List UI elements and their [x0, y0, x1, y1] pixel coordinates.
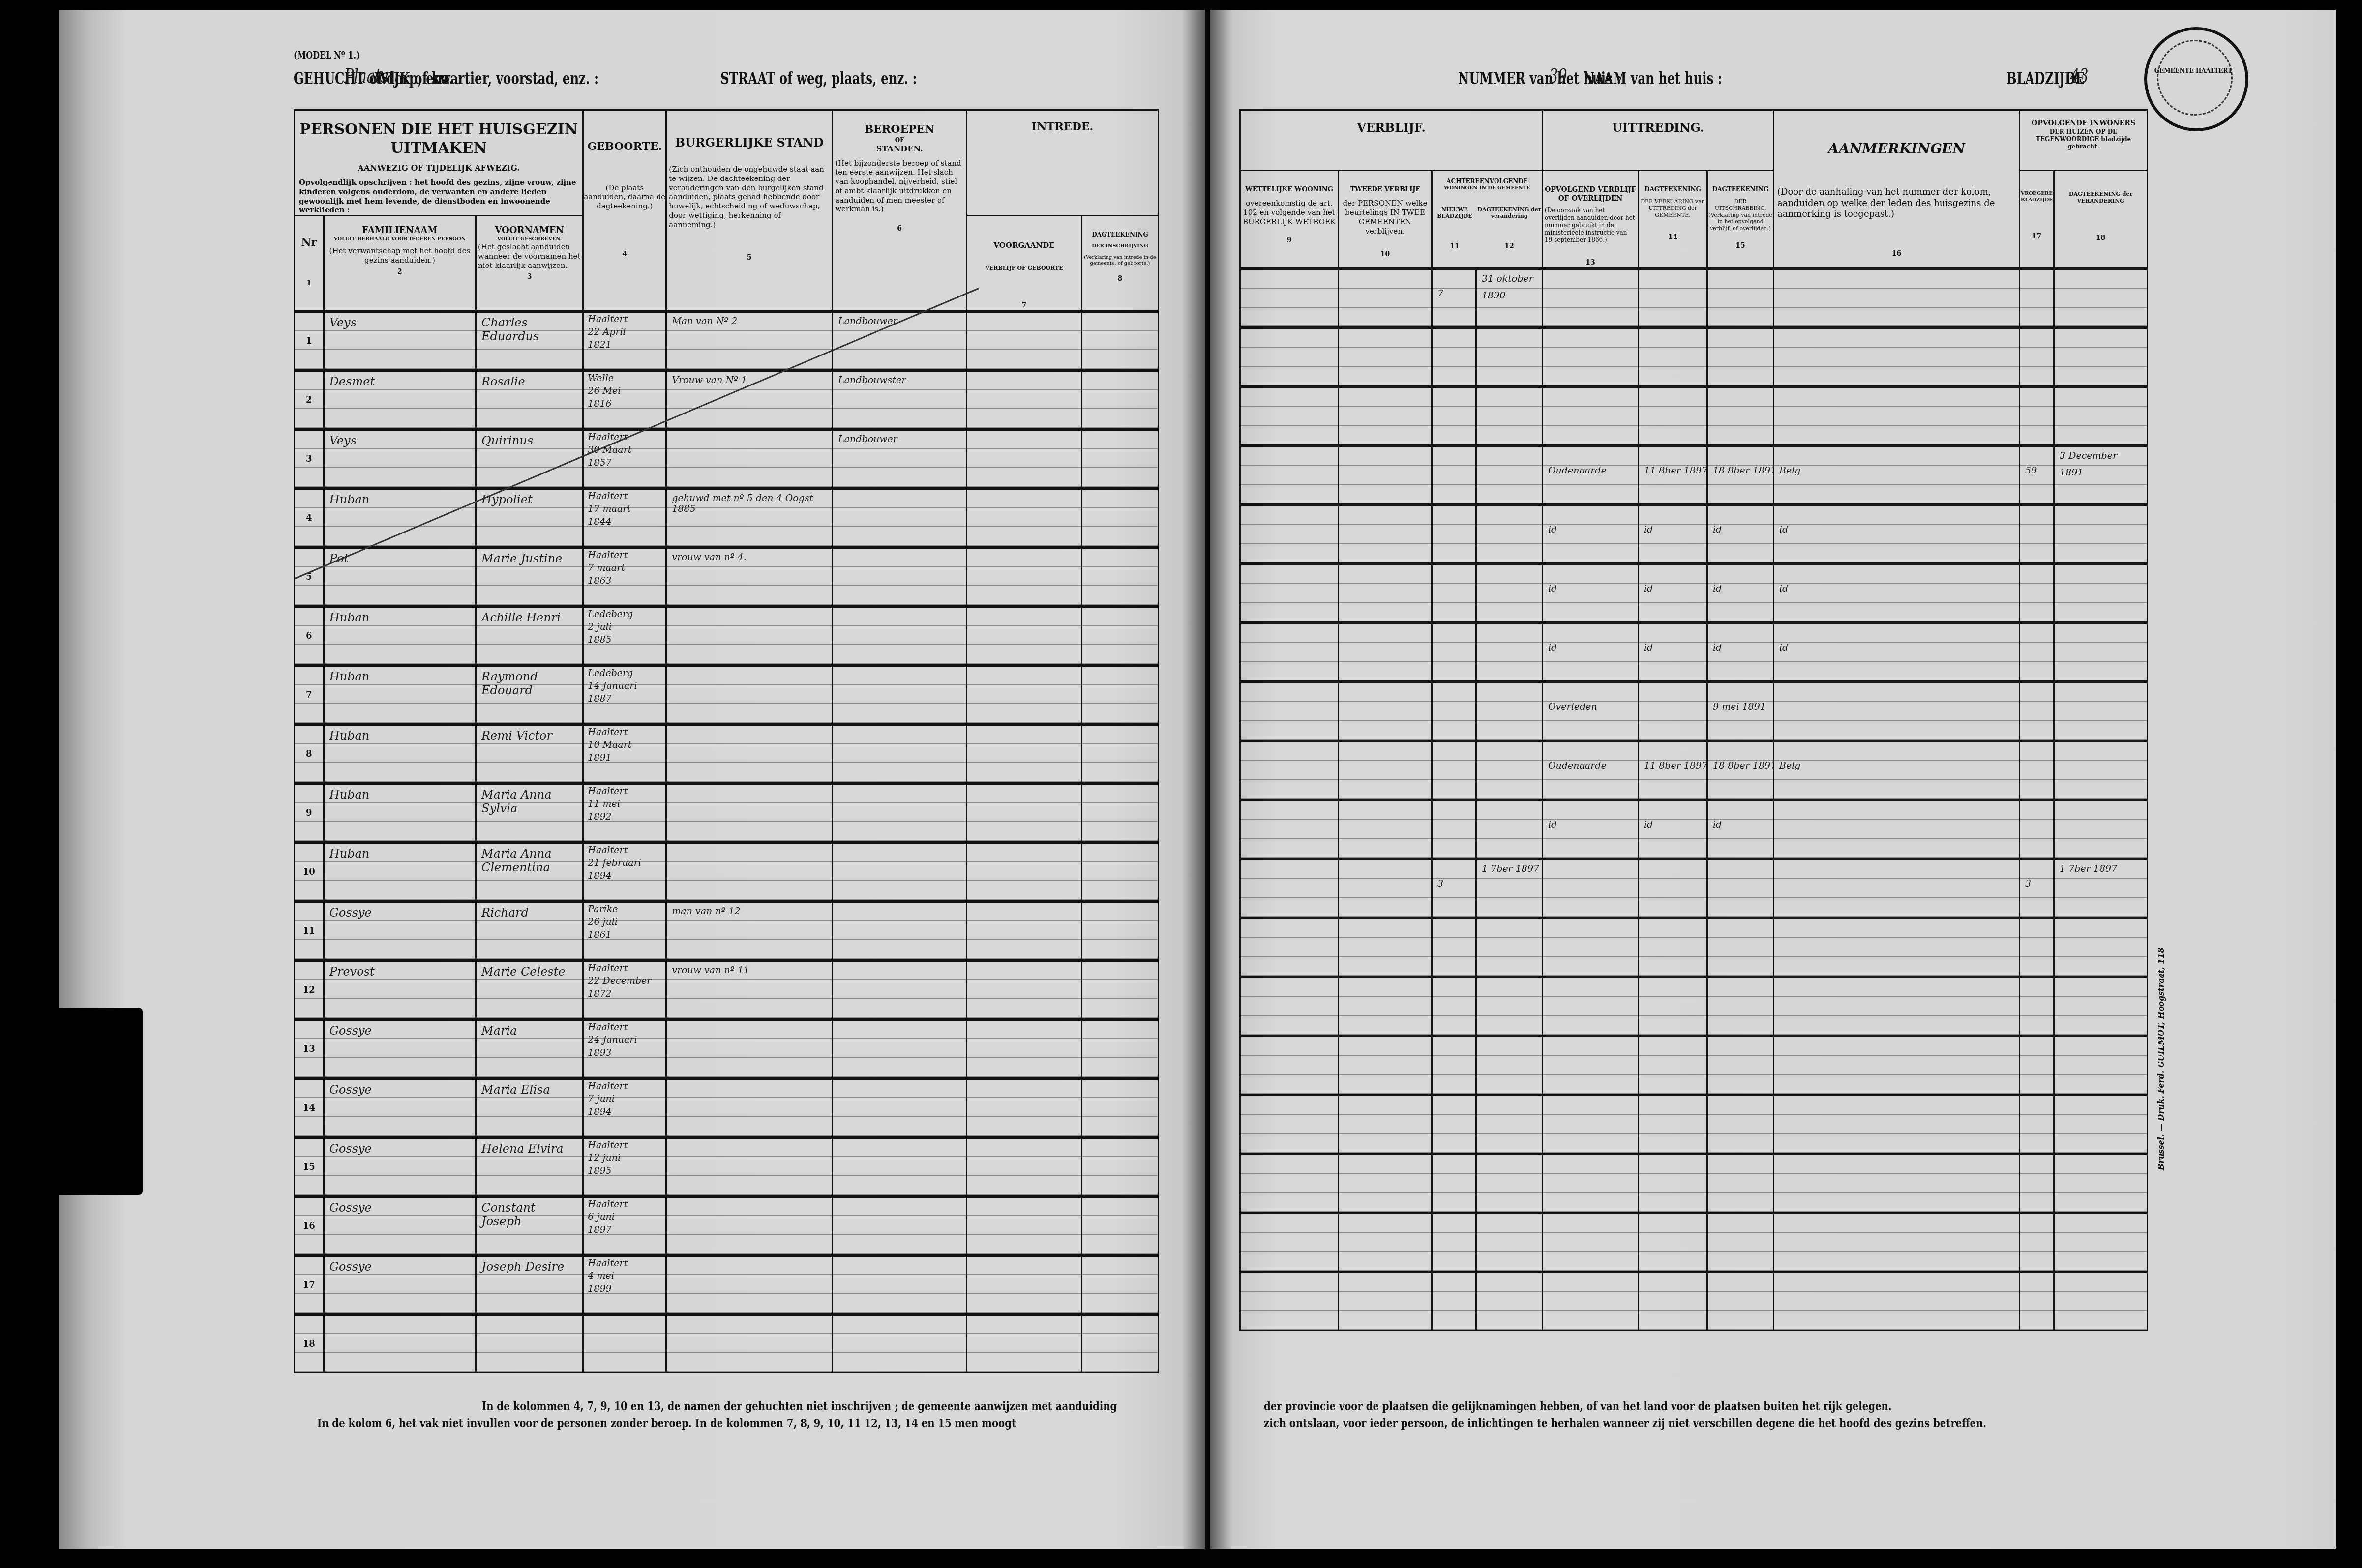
- declaration-date: id: [1639, 639, 1706, 656]
- birth-line: Parike: [584, 903, 665, 916]
- row-number: 16: [303, 1221, 315, 1231]
- civil-status: [667, 667, 832, 673]
- birth-line: Haaltert: [584, 490, 665, 503]
- row-number-cell: 8: [295, 724, 324, 783]
- remarks-cell: [1774, 1272, 2020, 1331]
- legal-residence-cell: [1240, 446, 1339, 505]
- birth-line: 2 juli: [584, 621, 665, 633]
- footnote-right-1: der provincie voor de plaatsen die gelij…: [1264, 1399, 1892, 1413]
- occupation-cell: [833, 488, 967, 547]
- civil-status: [667, 1139, 832, 1145]
- table-row: [1240, 977, 2148, 1036]
- table-row: 7HubanRaymond EdouardLedeberg14 Januari1…: [295, 665, 1159, 724]
- remarks: [1774, 1229, 2019, 1235]
- dagteekening-verklaring-header: DAGTEEKENING DER VERKLARING van UITTREDI…: [1639, 171, 1707, 269]
- birth-line: 1844: [584, 515, 665, 528]
- birth-line: 26 juli: [584, 916, 665, 928]
- deregistration-date-cell: [1707, 1154, 1774, 1213]
- birth-line: Haaltert: [584, 549, 665, 562]
- change-date-cell: [1476, 1095, 1543, 1154]
- table-row: Oudenaarde11 8ber 189718 8ber 1897Belg: [1240, 741, 2148, 800]
- given-names-cell: Constant Joseph: [476, 1196, 583, 1255]
- change-date-cell: 31 oktober1890: [1476, 269, 1543, 328]
- next-residence-cell: id: [1543, 505, 1639, 564]
- given-names-cell: Helena Elvira: [476, 1137, 583, 1196]
- given-names-cell: Rosalie: [476, 370, 583, 429]
- change-date-18-cell: [2054, 269, 2148, 328]
- change-date-18-cell: [2054, 387, 2148, 446]
- occupation-cell: [833, 1078, 967, 1137]
- birth-line: Ledeberg: [584, 608, 665, 621]
- birth-cell: Haaltert6 juni1897: [583, 1196, 666, 1255]
- registration-date-cell: [1081, 1078, 1158, 1137]
- birth-line: 17 maart: [584, 503, 665, 515]
- next-residence: id: [1543, 639, 1638, 656]
- family-name: Huban: [325, 726, 475, 745]
- birth-cell: Haaltert22 April1821: [583, 311, 666, 370]
- declaration-date-cell: id: [1639, 623, 1707, 682]
- dagteekening-verandering-header: DAGTEEKENING der verandering: [1477, 207, 1542, 220]
- opvolgend-verblijf-header: OPVOLGEND VERBLIJF OF OVERLIJDEN (De oor…: [1543, 171, 1639, 269]
- change-date-cell: [1476, 1154, 1543, 1213]
- row-number: 18: [303, 1339, 315, 1349]
- given-names: Maria Anna Sylvia: [477, 785, 582, 818]
- row-number-cell: 9: [295, 783, 324, 842]
- change-date-18: 1 7ber 1897: [2055, 860, 2147, 877]
- row-number: 15: [303, 1162, 315, 1172]
- second-residence-cell: [1339, 977, 1432, 1036]
- given-names-cell: Remi Victor: [476, 724, 583, 783]
- previous-residence-cell: [967, 429, 1082, 488]
- new-page: [1433, 993, 1475, 999]
- next-residence-cell: [1543, 1095, 1639, 1154]
- previous-residence-cell: [967, 665, 1082, 724]
- previous-page: [2020, 580, 2053, 586]
- remarks: [1774, 934, 2019, 940]
- deregistration-date-cell: 9 mei 1891: [1707, 682, 1774, 741]
- row-number: 4: [306, 513, 312, 523]
- remarks-cell: [1774, 859, 2020, 918]
- birth-line: 14 Januari: [584, 680, 665, 692]
- civil-status: [667, 785, 832, 791]
- change-date-18-cell: [2054, 1213, 2148, 1272]
- new-page-cell: [1432, 1213, 1476, 1272]
- table-row: [1240, 1036, 2148, 1095]
- new-page-cell: [1432, 505, 1476, 564]
- birth-line: 1863: [584, 574, 665, 587]
- register-table-right: VERBLIJF. UITTREDING. AANMERKINGEN (Door…: [1239, 109, 2148, 1331]
- civil-status: [667, 1021, 832, 1027]
- civil-status: man van nº 12: [667, 903, 832, 919]
- deregistration-date-cell: [1707, 1036, 1774, 1095]
- change-date-cell: [1476, 446, 1543, 505]
- register-table-left: PERSONEN DIE HET HUISGEZIN UITMAKEN AANW…: [294, 109, 1159, 1373]
- occupation: [833, 903, 966, 909]
- row-number: 9: [306, 808, 312, 818]
- row-number-cell: 4: [295, 488, 324, 547]
- change-date-cell: [1476, 741, 1543, 800]
- table-row: 14GossyeMaria ElisaHaaltert7 juni1894: [295, 1078, 1159, 1137]
- next-residence: [1543, 1229, 1638, 1235]
- previous-page-cell: [2020, 800, 2054, 859]
- change-date-18-cell: [2054, 1154, 2148, 1213]
- table-row: 3VeysQuirinusHaaltert30 Maart1857Landbou…: [295, 429, 1159, 488]
- change-date-18-cell: [2054, 1036, 2148, 1095]
- deregistration-date-cell: 18 8ber 1897: [1707, 741, 1774, 800]
- uittreding-header: UITTREDING.: [1543, 110, 1774, 171]
- civil-status-cell: [666, 783, 833, 842]
- remarks-cell: id: [1774, 505, 2020, 564]
- deregistration-date: id: [1708, 521, 1773, 538]
- remarks-cell: Belg: [1774, 741, 2020, 800]
- birth-line: 1899: [584, 1282, 665, 1295]
- next-residence: [1543, 285, 1638, 291]
- previous-residence-cell: [967, 606, 1082, 665]
- occupation: [833, 549, 966, 555]
- next-residence-cell: Overleden: [1543, 682, 1639, 741]
- remarks: [1774, 1288, 2019, 1294]
- birth-line: 1894: [584, 1105, 665, 1118]
- change-date-18-cell: [2054, 505, 2148, 564]
- civil-status-cell: gehuwd met nº 5 den 4 Oogst 1885: [666, 488, 833, 547]
- occupation-cell: [833, 665, 967, 724]
- deregistration-date: [1708, 344, 1773, 350]
- remarks: [1774, 344, 2019, 350]
- occupation: [833, 785, 966, 791]
- declaration-date: [1639, 934, 1706, 940]
- change-date-18: 3 December: [2055, 447, 2147, 464]
- family-name-cell: Huban: [324, 724, 476, 783]
- previous-page-cell: [2020, 918, 2054, 977]
- occupation: [833, 844, 966, 850]
- next-residence-cell: [1543, 1036, 1639, 1095]
- intrede-header: INTREDE.: [967, 110, 1159, 216]
- previous-page-cell: [2020, 682, 2054, 741]
- change-date-18-cell: [2054, 564, 2148, 623]
- declaration-date-cell: [1639, 918, 1707, 977]
- family-name-cell: Huban: [324, 783, 476, 842]
- registration-date-cell: [1081, 1314, 1158, 1373]
- row-number: 17: [303, 1280, 315, 1290]
- birth-cell: Ledeberg14 Januari1887: [583, 665, 666, 724]
- table-row: 6HubanAchille HenriLedeberg2 juli1885: [295, 606, 1159, 665]
- birth-line: 1861: [584, 928, 665, 941]
- family-name-cell: Huban: [324, 488, 476, 547]
- birth-line: 1892: [584, 810, 665, 823]
- birth-cell: Haaltert24 Januari1893: [583, 1019, 666, 1078]
- deregistration-date-cell: [1707, 1272, 1774, 1331]
- change-date-cell: [1476, 1036, 1543, 1095]
- footnote-right-2: zich ontslaan, voor ieder persoon, de in…: [1264, 1416, 1986, 1430]
- family-name: Veys: [325, 313, 475, 332]
- new-page: [1433, 403, 1475, 409]
- opvolgende-inwoners-header: OPVOLGENDE INWONERS DER HUIZEN OP DE TEG…: [2020, 110, 2148, 171]
- registration-date-cell: [1081, 783, 1158, 842]
- occupation-cell: [833, 960, 967, 1019]
- new-page: [1433, 1288, 1475, 1294]
- verblijf-header: VERBLIJF.: [1240, 110, 1543, 171]
- change-date-cell: 1 7ber 1897: [1476, 859, 1543, 918]
- family-name-cell: [324, 1314, 476, 1373]
- table-row: 17GossyeJoseph DesireHaaltert4 mei1899: [295, 1255, 1159, 1314]
- printer-imprint: Brussel. — Druk. Ferd. GUILMOT, Hoogstra…: [2156, 947, 2166, 1170]
- civil-status: [667, 1080, 832, 1086]
- row-number: 13: [303, 1044, 315, 1054]
- page-clip: [59, 1008, 143, 1195]
- change-date-18-cell: 1 7ber 1897: [2054, 859, 2148, 918]
- previous-page: [2020, 934, 2053, 940]
- birth-line: Haaltert: [584, 1139, 665, 1152]
- birth-line: 22 December: [584, 975, 665, 987]
- table-row: Overleden9 mei 1891: [1240, 682, 2148, 741]
- remarks: [1774, 285, 2019, 291]
- previous-residence-cell: [967, 547, 1082, 606]
- registration-date-cell: [1081, 311, 1158, 370]
- next-residence-cell: [1543, 328, 1639, 387]
- page-value: 43: [2070, 65, 2089, 88]
- birth-line: 4 mei: [584, 1270, 665, 1282]
- row-number: 6: [306, 631, 312, 641]
- previous-residence-cell: [967, 370, 1082, 429]
- second-residence-cell: [1339, 564, 1432, 623]
- table-row: 8HubanRemi VictorHaaltert10 Maart1891: [295, 724, 1159, 783]
- next-residence-cell: [1543, 918, 1639, 977]
- birth-cell: Haaltert7 juni1894: [583, 1078, 666, 1137]
- deregistration-date: [1708, 285, 1773, 291]
- birth-line: Welle: [584, 372, 665, 385]
- change-date-18-cell: [2054, 1272, 2148, 1331]
- next-residence-cell: [1543, 1213, 1639, 1272]
- next-residence-cell: id: [1543, 623, 1639, 682]
- row-number: 1: [306, 336, 312, 346]
- change-date-cell: [1476, 1272, 1543, 1331]
- occupation-cell: [833, 606, 967, 665]
- given-names: Raymond Edouard: [477, 667, 582, 700]
- wettelijke-woning-header: WETTELIJKE WOONING overeenkomstig de art…: [1240, 171, 1339, 269]
- ward-label: WIJK of kwartier, voorstad, enz. :: [375, 69, 598, 89]
- remarks: Belg: [1774, 462, 2019, 479]
- next-residence-cell: id: [1543, 564, 1639, 623]
- birth-line: 24 Januari: [584, 1034, 665, 1046]
- civil-status-cell: [666, 665, 833, 724]
- declaration-date: id: [1639, 816, 1706, 833]
- given-names: Constant Joseph: [477, 1198, 582, 1231]
- occupation: Landbouwer: [833, 431, 966, 447]
- voorgaande-header: VOORGAANDE VERBLIJF OF GEBOORTE 7: [967, 216, 1082, 312]
- given-names: Maria Elisa: [477, 1080, 582, 1099]
- row-number: 7: [306, 690, 312, 700]
- deregistration-date: [1708, 1052, 1773, 1058]
- birth-line: Haaltert: [584, 1080, 665, 1093]
- legal-residence-cell: [1240, 741, 1339, 800]
- legal-residence-cell: [1240, 1154, 1339, 1213]
- given-names-cell: Maria: [476, 1019, 583, 1078]
- birth-line: 1857: [584, 456, 665, 469]
- nr-header: Nr 1: [295, 216, 324, 312]
- previous-page-cell: [2020, 387, 2054, 446]
- given-names: Remi Victor: [477, 726, 582, 745]
- deregistration-date-cell: [1707, 977, 1774, 1036]
- occupation: [833, 962, 966, 968]
- dagteekening-verandering-18-header: DAGTEEKENING der VERANDERING 18: [2054, 171, 2148, 269]
- birth-cell: Haaltert21 februari1894: [583, 842, 666, 901]
- declaration-date-cell: [1639, 269, 1707, 328]
- remarks: [1774, 698, 2019, 704]
- family-name: Pot: [325, 549, 475, 568]
- civil-status-cell: [666, 724, 833, 783]
- previous-residence-cell: [967, 1137, 1082, 1196]
- civil-status-cell: man van nº 12: [666, 901, 833, 960]
- second-residence-cell: [1339, 328, 1432, 387]
- deregistration-date: [1708, 403, 1773, 409]
- table-row: 12PrevostMarie CelesteHaaltert22 Decembe…: [295, 960, 1159, 1019]
- deregistration-date: [1708, 875, 1773, 881]
- family-name: Gossye: [325, 1139, 475, 1158]
- occupation: [833, 1139, 966, 1145]
- row-number-cell: 12: [295, 960, 324, 1019]
- birth-line: [584, 1320, 665, 1322]
- civil-status-cell: [666, 1196, 833, 1255]
- given-names-cell: Raymond Edouard: [476, 665, 583, 724]
- family-name: Gossye: [325, 1198, 475, 1217]
- table-row: idididid: [1240, 564, 2148, 623]
- new-page: [1433, 1170, 1475, 1176]
- registration-date-cell: [1081, 724, 1158, 783]
- legal-residence-cell: [1240, 505, 1339, 564]
- legal-residence-cell: [1240, 564, 1339, 623]
- occupation-cell: [833, 1196, 967, 1255]
- family-name: Huban: [325, 667, 475, 686]
- change-date-18-cell: [2054, 800, 2148, 859]
- deregistration-date: [1708, 1288, 1773, 1294]
- given-names-cell: Maria Anna Clementina: [476, 842, 583, 901]
- occupation: Landbouwster: [833, 372, 966, 388]
- birth-line: Haaltert: [584, 1021, 665, 1034]
- civil-status: [667, 844, 832, 850]
- given-names-cell: Charles Eduardus: [476, 311, 583, 370]
- occupation: [833, 608, 966, 614]
- civil-status-cell: [666, 842, 833, 901]
- civil-status-cell: [666, 1314, 833, 1373]
- deregistration-date: 9 mei 1891: [1708, 698, 1773, 715]
- legal-residence-cell: [1240, 623, 1339, 682]
- row-number-cell: 10: [295, 842, 324, 901]
- table-row: idididid: [1240, 505, 2148, 564]
- remarks-cell: id: [1774, 623, 2020, 682]
- registration-date-cell: [1081, 488, 1158, 547]
- family-name: Gossye: [325, 1080, 475, 1099]
- deregistration-date: [1708, 1111, 1773, 1117]
- new-page: [1433, 639, 1475, 645]
- persons-header: PERSONEN DIE HET HUISGEZIN UITMAKEN AANW…: [295, 110, 583, 216]
- family-name: Gossye: [325, 1257, 475, 1276]
- previous-page: [2020, 1052, 2053, 1058]
- declaration-date-cell: [1639, 328, 1707, 387]
- civil-status: [667, 1316, 832, 1322]
- remarks-cell: [1774, 269, 2020, 328]
- legal-residence-cell: [1240, 1036, 1339, 1095]
- civil-status-cell: [666, 1078, 833, 1137]
- new-page-cell: 7: [1432, 269, 1476, 328]
- second-residence-cell: [1339, 800, 1432, 859]
- deregistration-date-cell: [1707, 1095, 1774, 1154]
- change-date-18-cell: [2054, 741, 2148, 800]
- previous-page-cell: [2020, 328, 2054, 387]
- declaration-date-cell: id: [1639, 505, 1707, 564]
- registration-date-cell: [1081, 960, 1158, 1019]
- birth-cell: Haaltert4 mei1899: [583, 1255, 666, 1314]
- deregistration-date-cell: id: [1707, 505, 1774, 564]
- deregistration-date: id: [1708, 816, 1773, 833]
- row-number-cell: 16: [295, 1196, 324, 1255]
- table-row: [1240, 1213, 2148, 1272]
- birth-line: 1897: [584, 1223, 665, 1236]
- birth-line: Haaltert: [584, 785, 665, 798]
- change-date-cell: [1476, 918, 1543, 977]
- family-name: Huban: [325, 844, 475, 863]
- birth-cell: Ledeberg2 juli1885: [583, 606, 666, 665]
- new-page-cell: [1432, 1154, 1476, 1213]
- family-name: Veys: [325, 431, 475, 450]
- beroepen-header: BEROEPEN OF STANDEN. (Het bijzonderste b…: [833, 110, 967, 312]
- remarks: id: [1774, 580, 2019, 597]
- declaration-date-cell: [1639, 1036, 1707, 1095]
- previous-residence-cell: [967, 960, 1082, 1019]
- occupation-cell: Landbouwer: [833, 429, 967, 488]
- family-name: Huban: [325, 490, 475, 509]
- new-page-cell: [1432, 1272, 1476, 1331]
- change-date-18-cell: [2054, 682, 2148, 741]
- family-name: Prevost: [325, 962, 475, 981]
- row-number-cell: 6: [295, 606, 324, 665]
- deregistration-date-cell: id: [1707, 564, 1774, 623]
- remarks-cell: [1774, 1154, 2020, 1213]
- registration-date-cell: [1081, 1255, 1158, 1314]
- second-residence-cell: [1339, 1095, 1432, 1154]
- birth-line: Haaltert: [584, 726, 665, 739]
- table-row: 5PotMarie JustineHaaltert7 maart1863vrou…: [295, 547, 1159, 606]
- previous-page-cell: [2020, 269, 2054, 328]
- declaration-date-cell: [1639, 977, 1707, 1036]
- birth-line: 7 maart: [584, 562, 665, 574]
- change-date-cell: [1476, 800, 1543, 859]
- row-number: 10: [303, 867, 315, 877]
- declaration-date: [1639, 1229, 1706, 1235]
- given-names: Quirinus: [477, 431, 582, 450]
- table-row: [1240, 328, 2148, 387]
- registration-date-cell: [1081, 606, 1158, 665]
- deregistration-date: [1708, 934, 1773, 940]
- legal-residence-cell: [1240, 918, 1339, 977]
- deregistration-date-cell: [1707, 328, 1774, 387]
- geboorte-header: GEBOORTE. (De plaats aanduiden, daarna d…: [583, 110, 666, 312]
- remarks-cell: [1774, 682, 2020, 741]
- previous-page-cell: [2020, 1272, 2054, 1331]
- change-date: 31 oktober: [1477, 270, 1542, 287]
- given-names: Helena Elvira: [477, 1139, 582, 1158]
- deregistration-date: [1708, 1229, 1773, 1235]
- table-row: [1240, 387, 2148, 446]
- civil-status: Man van Nº 2: [667, 313, 832, 329]
- previous-page: 59: [2020, 462, 2053, 479]
- declaration-date: id: [1639, 580, 1706, 597]
- deregistration-date-cell: [1707, 387, 1774, 446]
- new-page-cell: [1432, 446, 1476, 505]
- family-name-cell: Gossye: [324, 1137, 476, 1196]
- declaration-date: [1639, 403, 1706, 409]
- previous-page-cell: [2020, 1213, 2054, 1272]
- table-row: 31 7ber 189731 7ber 1897: [1240, 859, 2148, 918]
